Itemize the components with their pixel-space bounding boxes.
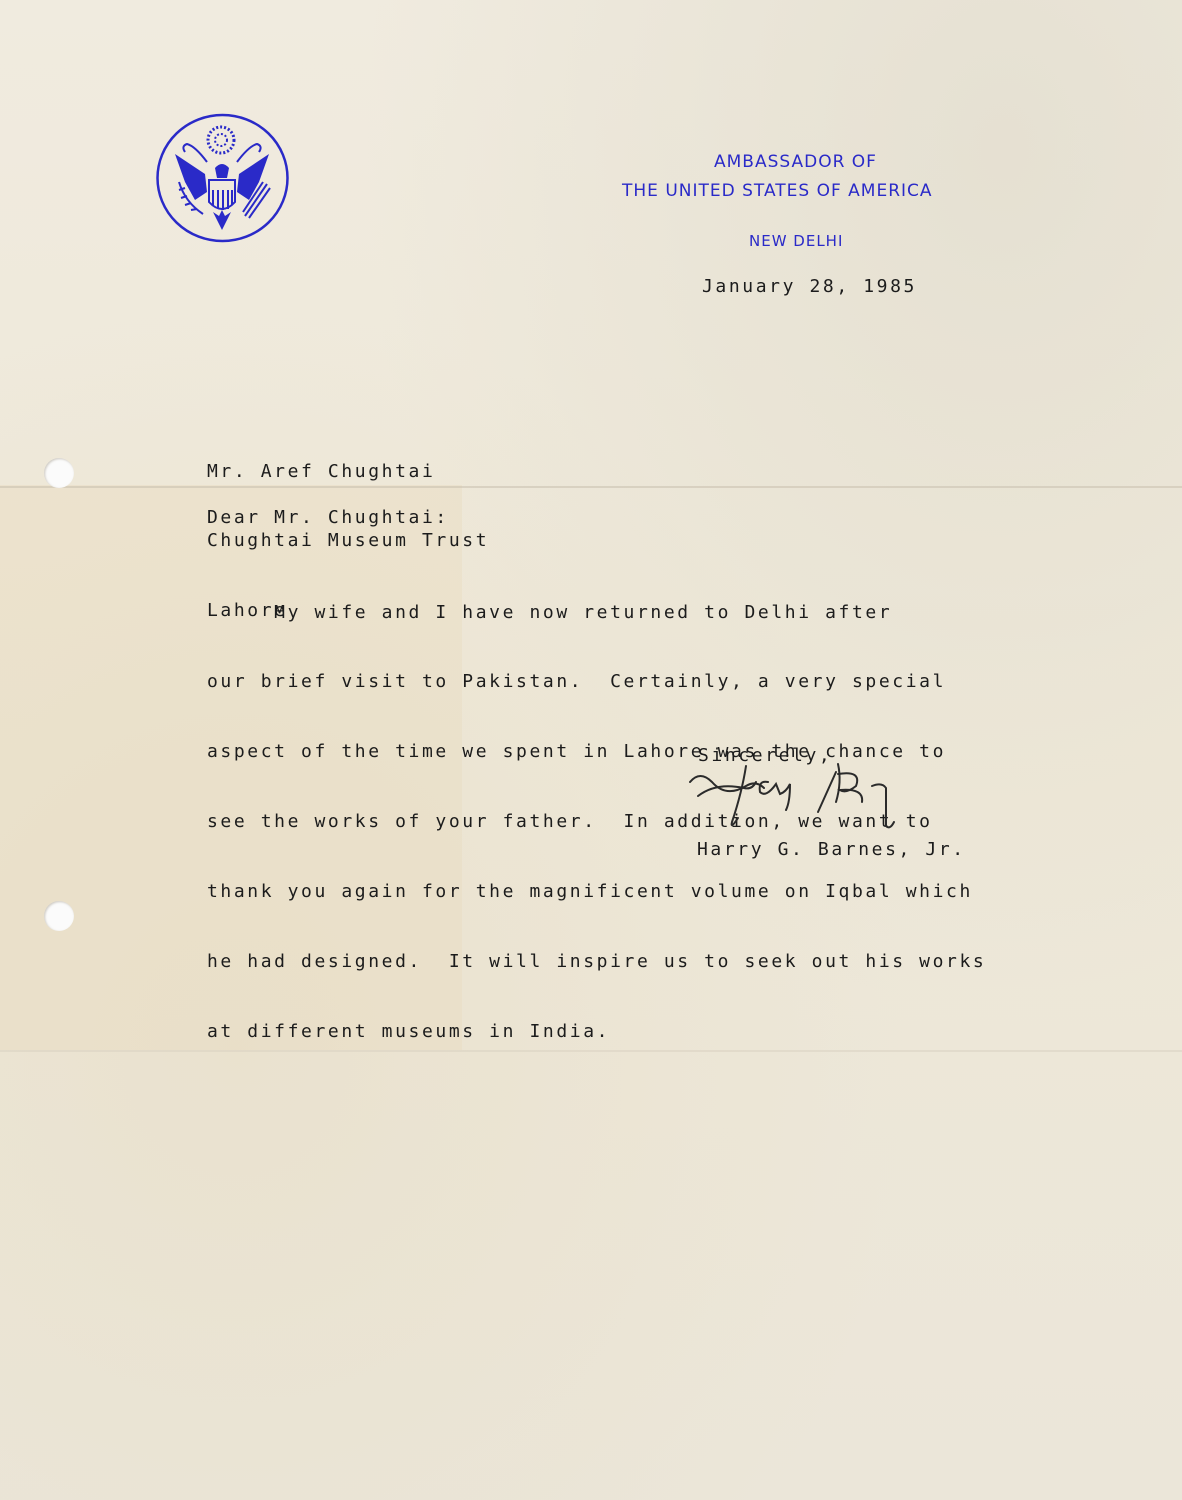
letter-paper: AMBASSADOR OF THE UNITED STATES OF AMERI… xyxy=(0,0,1182,1500)
handwritten-signature-icon xyxy=(686,752,956,830)
recipient-line: Mr. Aref Chughtai xyxy=(207,460,489,483)
body-line: at different museums in India. xyxy=(207,1020,986,1043)
punch-hole xyxy=(44,458,74,488)
letterhead-title: AMBASSADOR OF xyxy=(714,152,877,172)
great-seal-eagle-icon xyxy=(155,112,290,244)
body-line: he had designed. It will inspire us to s… xyxy=(207,950,986,973)
salutation: Dear Mr. Chughtai: xyxy=(207,506,449,529)
punch-hole xyxy=(44,901,74,931)
letterhead-city: NEW DELHI xyxy=(749,232,843,250)
fold-line xyxy=(0,486,1182,488)
body-line: My wife and I have now returned to Delhi… xyxy=(207,601,986,624)
body-line: our brief visit to Pakistan. Certainly, … xyxy=(207,670,986,693)
signer-name: Harry G. Barnes, Jr. xyxy=(697,838,966,861)
recipient-line: Chughtai Museum Trust xyxy=(207,529,489,552)
letterhead-subtitle: THE UNITED STATES OF AMERICA xyxy=(622,181,933,201)
letter-date: January 28, 1985 xyxy=(702,275,917,298)
body-line: thank you again for the magnificent volu… xyxy=(207,880,986,903)
